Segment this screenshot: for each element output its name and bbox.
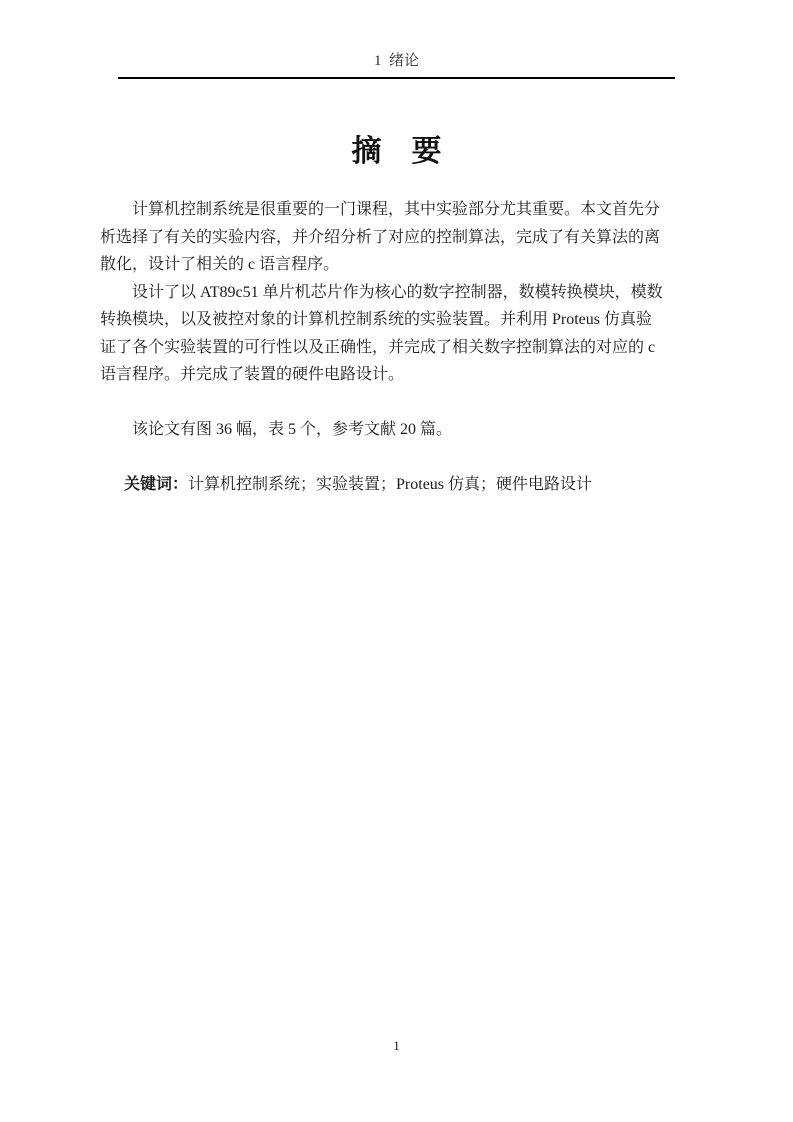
text-line: 计算机控制系统是很重要的一门课程，其中实验部分尤其重要。本文首先分 xyxy=(100,196,693,224)
paragraph-1: 计算机控制系统是很重要的一门课程，其中实验部分尤其重要。本文首先分 析选择了有关… xyxy=(100,196,693,279)
page-number: 1 xyxy=(0,1038,793,1054)
text-line: 设计了以 AT89c51 单片机芯片作为核心的数字控制器，数模转换模块，模数 xyxy=(100,279,693,307)
text-line: 证了各个实验装置的可行性以及正确性，并完成了相关数字控制算法的对应的 c xyxy=(100,334,693,362)
text-line: 该论文有图 36 幅，表 5 个，参考文献 20 篇。 xyxy=(100,416,693,444)
text-line: 转换模块，以及被控对象的计算机控制系统的实验装置。并利用 Proteus 仿真验 xyxy=(100,306,693,334)
text-line: 析选择了有关的实验内容，并介绍分析了对应的控制算法，完成了有关算法的离 xyxy=(100,224,693,252)
keywords-label: 关键词： xyxy=(124,476,188,493)
header-rule xyxy=(118,77,675,79)
blank-line xyxy=(100,389,693,417)
page-header: 1 绪论 xyxy=(0,0,793,79)
paragraph-3: 该论文有图 36 幅，表 5 个，参考文献 20 篇。 xyxy=(100,416,693,444)
keywords-text: 计算机控制系统；实验装置；Proteus 仿真；硬件电路设计 xyxy=(188,476,592,493)
page-title: 摘 要 xyxy=(0,134,793,170)
keywords-line: 关键词：计算机控制系统；实验装置；Proteus 仿真；硬件电路设计 xyxy=(100,444,693,527)
document-page: 1 绪论 摘 要 计算机控制系统是很重要的一门课程，其中实验部分尤其重要。本文首… xyxy=(0,0,793,1122)
paragraph-2: 设计了以 AT89c51 单片机芯片作为核心的数字控制器，数模转换模块，模数 转… xyxy=(100,279,693,389)
text-line: 散化，设计了相关的 c 语言程序。 xyxy=(100,251,693,279)
text-line: 语言程序。并完成了装置的硬件电路设计。 xyxy=(100,361,693,389)
abstract-content: 计算机控制系统是很重要的一门课程，其中实验部分尤其重要。本文首先分 析选择了有关… xyxy=(100,196,693,526)
header-title: 1 绪论 xyxy=(0,0,793,70)
